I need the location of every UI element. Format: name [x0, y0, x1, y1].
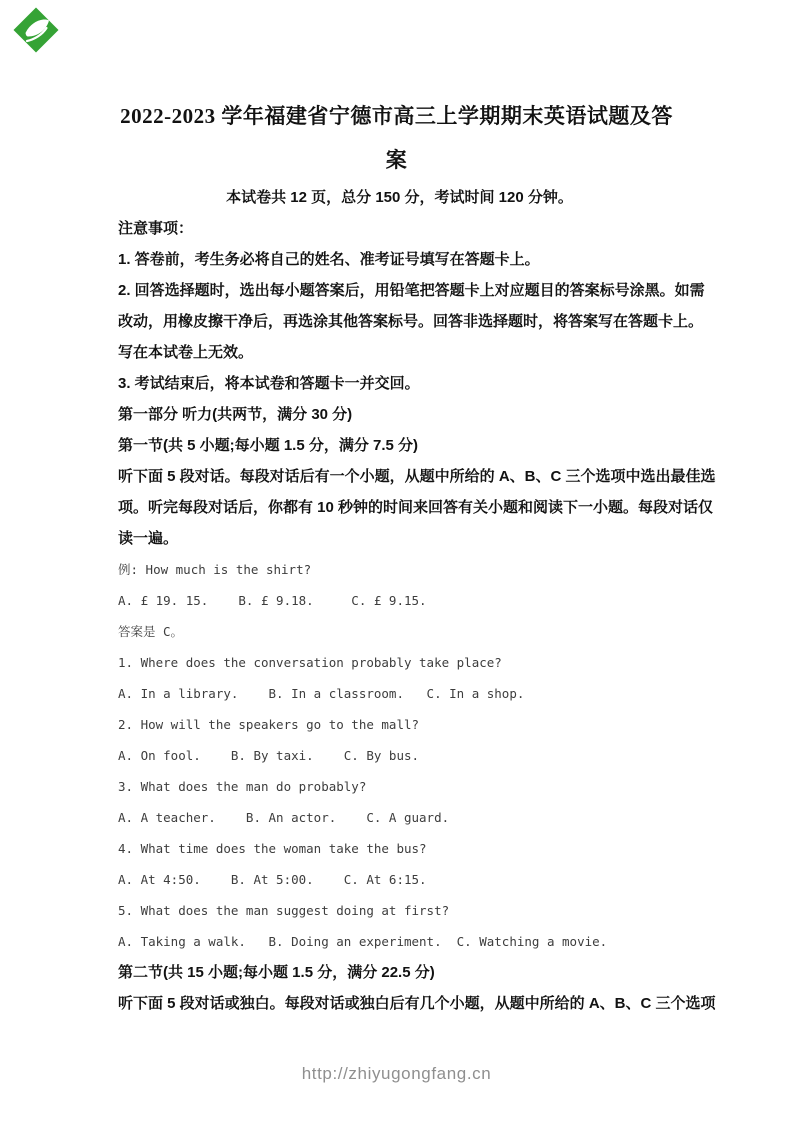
exam-info: 本试卷共 12 页，总分 150 分，考试时间 120 分钟。 [118, 182, 681, 213]
example-answer: 答案是 C。 [118, 616, 681, 647]
example-options: A. £ 19. 15. B. £ 9.18. C. £ 9.15. [118, 585, 681, 616]
notice-item-2-line-3: 写在本试卷上无效。 [118, 337, 681, 368]
section-1-heading: 第一部分 听力(共两节，满分 30 分) [118, 399, 681, 430]
part-1-heading: 第一节(共 5 小题;每小题 1.5 分，满分 7.5 分) [118, 430, 681, 461]
question-4: 4. What time does the woman take the bus… [118, 833, 681, 864]
footer-watermark-url: http://zhiyugongfang.cn [0, 1064, 793, 1084]
document-page: 2022-2023 学年福建省宁德市高三上学期期末英语试题及答 案 本试卷共 1… [0, 0, 793, 1122]
title-line-1: 2022-2023 学年福建省宁德市高三上学期期末英语试题及答 [0, 94, 793, 138]
notice-item-2-line-1: 2. 回答选择题时，选出每小题答案后，用铅笔把答题卡上对应题目的答案标号涂黑。如… [118, 275, 681, 306]
question-5: 5. What does the man suggest doing at fi… [118, 895, 681, 926]
question-4-options: A. At 4:50. B. At 5:00. C. At 6:15. [118, 864, 681, 895]
question-3: 3. What does the man do probably? [118, 771, 681, 802]
notice-heading: 注意事项： [118, 213, 681, 244]
question-1: 1. Where does the conversation probably … [118, 647, 681, 678]
question-2: 2. How will the speakers go to the mall? [118, 709, 681, 740]
notice-item-3: 3. 考试结束后，将本试卷和答题卡一并交回。 [118, 368, 681, 399]
logo-diamond-icon [12, 6, 60, 54]
question-1-options: A. In a library. B. In a classroom. C. I… [118, 678, 681, 709]
question-2-options: A. On fool. B. By taxi. C. By bus. [118, 740, 681, 771]
document-title: 2022-2023 学年福建省宁德市高三上学期期末英语试题及答 案 [0, 0, 793, 182]
part-1-instructions-line-2: 项。听完每段对话后，你都有 10 秒钟的时间来回答有关小题和阅读下一小题。每段对… [118, 492, 681, 523]
part-2-heading: 第二节(共 15 小题;每小题 1.5 分，满分 22.5 分) [118, 957, 681, 988]
notice-item-1: 1. 答卷前，考生务必将自己的姓名、准考证号填写在答题卡上。 [118, 244, 681, 275]
document-body: 本试卷共 12 页，总分 150 分，考试时间 120 分钟。 注意事项： 1.… [0, 182, 793, 1019]
question-3-options: A. A teacher. B. An actor. C. A guard. [118, 802, 681, 833]
part-2-instructions-line-1: 听下面 5 段对话或独白。每段对话或独白后有几个小题，从题中所给的 A、B、C … [118, 988, 681, 1019]
part-1-instructions-line-1: 听下面 5 段对话。每段对话后有一个小题，从题中所给的 A、B、C 三个选项中选… [118, 461, 681, 492]
notice-item-2-line-2: 改动，用橡皮擦干净后，再选涂其他答案标号。回答非选择题时，将答案写在答题卡上。 [118, 306, 681, 337]
example-question: 例: How much is the shirt? [118, 554, 681, 585]
title-line-2: 案 [0, 138, 793, 182]
site-logo-icon [12, 6, 60, 54]
question-5-options: A. Taking a walk. B. Doing an experiment… [118, 926, 681, 957]
part-1-instructions-line-3: 读一遍。 [118, 523, 681, 554]
